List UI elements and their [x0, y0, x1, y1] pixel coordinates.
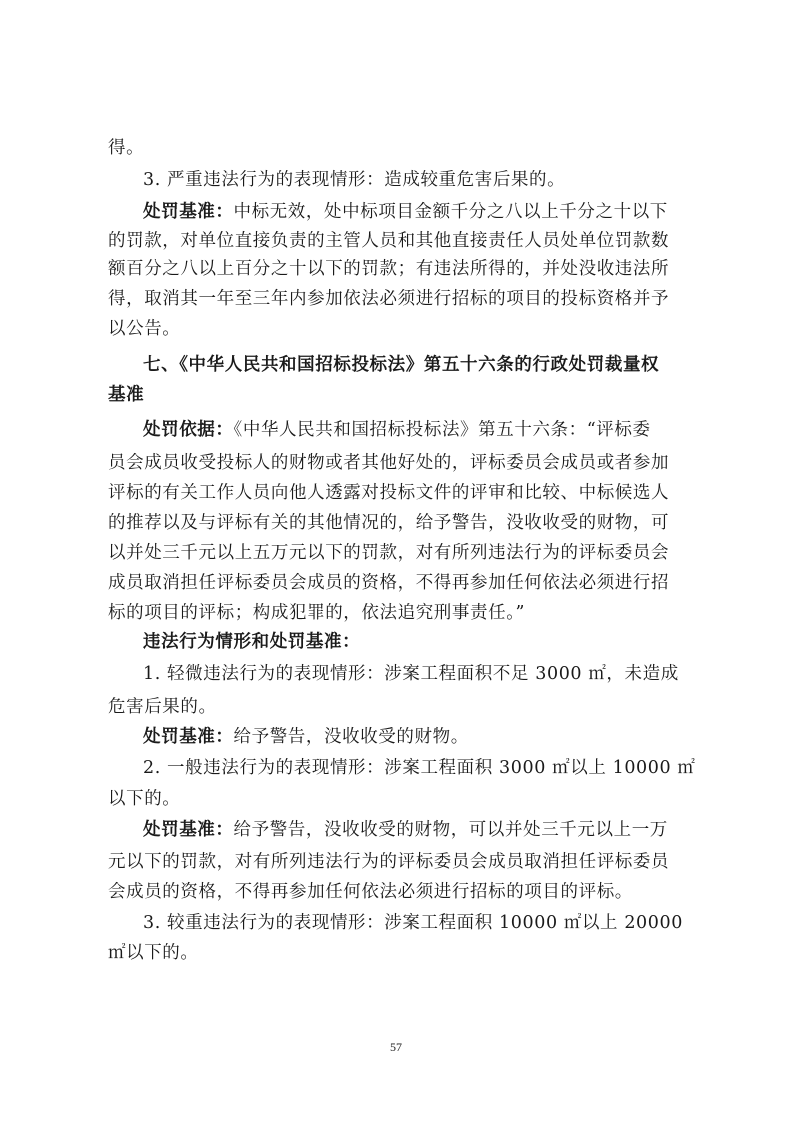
body-text: 标的项目的评标；构成犯罪的，依法追究刑事责任。” [108, 603, 525, 623]
body-text: 以公告。 [108, 319, 180, 339]
text-line: 处罚依据：《中华人民共和国招标投标法》第五十六条：“评标委 [143, 419, 727, 441]
bold-heading: 处罚基准： [143, 202, 234, 222]
body-text: 得，取消其一年至三年内参加依法必须进行招标的项目的投标资格并予 [108, 289, 669, 309]
text-line: 的推荐以及与评标有关的其他情况的，给予警告，没收收受的财物，可 [108, 512, 692, 534]
bold-heading: 七、《中华人民共和国招标投标法》第五十六条的行政处罚裁量权 [143, 355, 659, 375]
text-line: 处罚基准：中标无效，处中标项目金额千分之八以上千分之十以下 [143, 201, 727, 223]
text-line: 基准 [108, 384, 692, 406]
bold-heading: 处罚基准： [143, 727, 234, 747]
body-text: ㎡以下的。 [108, 943, 199, 963]
body-text: 的推荐以及与评标有关的其他情况的，给予警告，没收收受的财物，可 [108, 513, 669, 533]
body-text: 元以下的罚款，对有所列违法行为的评标委员会成员取消担任评标委员 [108, 852, 669, 872]
text-line: 标的项目的评标；构成犯罪的，依法追究刑事责任。” [108, 602, 692, 624]
text-line: 评标的有关工作人员向他人透露对投标文件的评审和比较、中标候选人 [108, 482, 692, 504]
text-line: 3. 较重违法行为的表现情形：涉案工程面积 10000 ㎡以上 20000 [143, 912, 727, 934]
text-line: 员会成员收受投标人的财物或者其他好处的，评标委员会成员或者参加 [108, 452, 692, 474]
bold-heading: 基准 [108, 385, 144, 405]
bold-heading: 违法行为情形和处罚基准： [143, 632, 360, 652]
body-text: 3. 较重违法行为的表现情形：涉案工程面积 10000 ㎡以上 20000 [143, 913, 683, 933]
body-text: 给予警告，没收收受的财物。 [234, 727, 469, 747]
body-text: 额百分之八以上百分之十以下的罚款；有违法所得的，并处没收违法所 [108, 259, 669, 279]
text-line: 1. 轻微违法行为的表现情形：涉案工程面积不足 3000 ㎡，未造成 [143, 663, 727, 685]
text-line: 成员取消担任评标委员会成员的资格，不得再参加任何依法必须进行招 [108, 572, 692, 594]
body-text: 给予警告，没收收受的财物，可以并处三千元以上一万 [234, 820, 668, 840]
text-line: 得。 [108, 137, 692, 159]
text-line: 3. 严重违法行为的表现情形：造成较重危害后果的。 [143, 169, 727, 191]
bold-heading: 处罚依据： [143, 420, 234, 440]
text-line: 以并处三千元以上五万元以下的罚款，对有所列违法行为的评标委员会 [108, 542, 692, 564]
body-text: 员会成员收受投标人的财物或者其他好处的，评标委员会成员或者参加 [108, 453, 669, 473]
text-line: 违法行为情形和处罚基准： [143, 631, 727, 653]
text-line: 处罚基准：给予警告，没收收受的财物，可以并处三千元以上一万 [143, 819, 727, 841]
text-line: 处罚基准：给予警告，没收收受的财物。 [143, 726, 727, 748]
document-page: 得。3. 严重违法行为的表现情形：造成较重危害后果的。处罚基准：中标无效，处中标… [0, 0, 792, 1121]
text-line: 危害后果的。 [108, 696, 692, 718]
text-line: 2. 一般违法行为的表现情形：涉案工程面积 3000 ㎡以上 10000 ㎡ [143, 757, 727, 779]
body-text: 中标无效，处中标项目金额千分之八以上千分之十以下 [234, 202, 668, 222]
body-text: 以下的。 [108, 789, 180, 809]
body-text: 以并处三千元以上五万元以下的罚款，对有所列违法行为的评标委员会 [108, 543, 669, 563]
body-text: 的罚款，对单位直接负责的主管人员和其他直接责任人员处单位罚款数 [108, 231, 669, 251]
body-text: 会成员的资格，不得再参加任何依法必须进行招标的项目的评标。 [108, 882, 633, 902]
body-text: 2. 一般违法行为的表现情形：涉案工程面积 3000 ㎡以上 10000 ㎡ [143, 758, 696, 778]
bold-heading: 处罚基准： [143, 820, 234, 840]
body-text: 危害后果的。 [108, 697, 217, 717]
text-line: 的罚款，对单位直接负责的主管人员和其他直接责任人员处单位罚款数 [108, 230, 692, 252]
text-line: ㎡以下的。 [108, 942, 692, 964]
body-text: 评标的有关工作人员向他人透露对投标文件的评审和比较、中标候选人 [108, 483, 669, 503]
body-text: 《中华人民共和国招标投标法》第五十六条：“评标委 [234, 420, 651, 440]
body-text: 得。 [108, 138, 144, 158]
text-line: 额百分之八以上百分之十以下的罚款；有违法所得的，并处没收违法所 [108, 258, 692, 280]
text-line: 会成员的资格，不得再参加任何依法必须进行招标的项目的评标。 [108, 881, 692, 903]
text-line: 元以下的罚款，对有所列违法行为的评标委员会成员取消担任评标委员 [108, 851, 692, 873]
text-line: 得，取消其一年至三年内参加依法必须进行招标的项目的投标资格并予 [108, 288, 692, 310]
text-line: 以下的。 [108, 788, 692, 810]
text-line: 七、《中华人民共和国招标投标法》第五十六条的行政处罚裁量权 [143, 354, 727, 376]
page-number: 57 [0, 1040, 792, 1055]
body-text: 3. 严重违法行为的表现情形：造成较重危害后果的。 [143, 170, 565, 190]
text-line: 以公告。 [108, 318, 692, 340]
body-text: 1. 轻微违法行为的表现情形：涉案工程面积不足 3000 ㎡，未造成 [143, 664, 679, 684]
body-text: 成员取消担任评标委员会成员的资格，不得再参加任何依法必须进行招 [108, 573, 669, 593]
